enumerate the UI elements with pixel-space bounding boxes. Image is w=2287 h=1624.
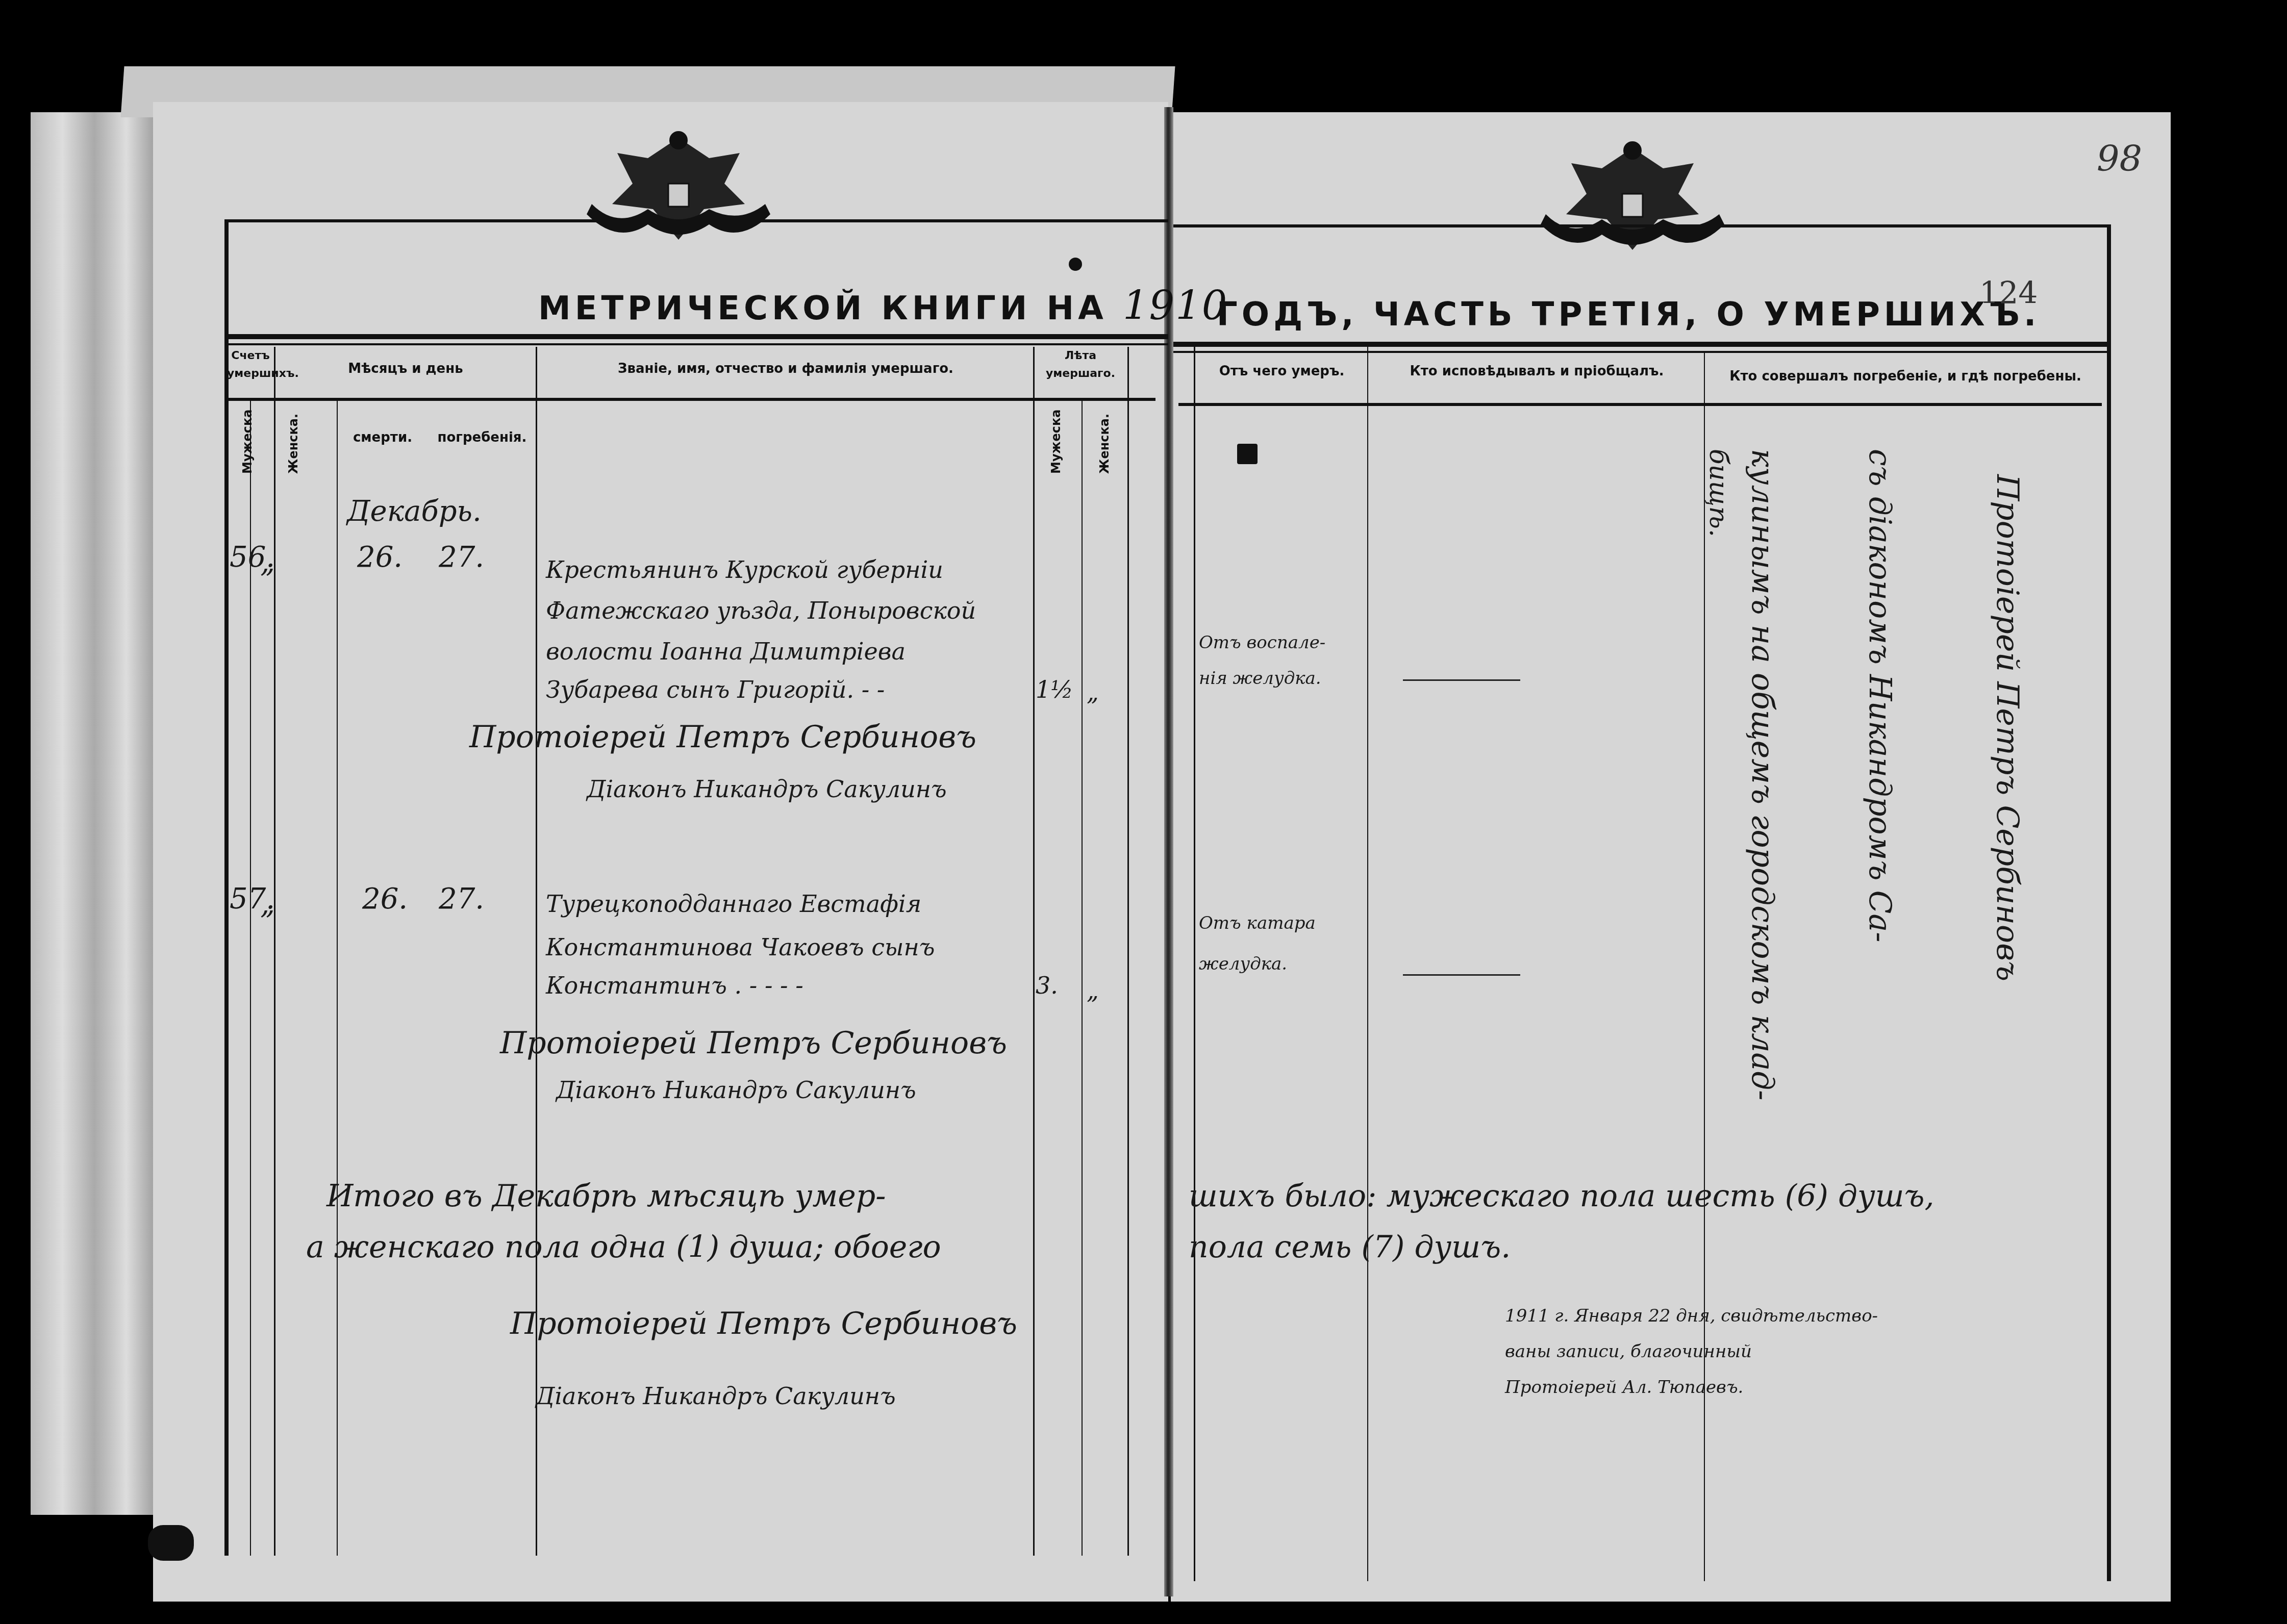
- burial-note-line: кулинымъ на общемъ городскомъ клад-: [1745, 449, 1780, 1101]
- entry-1-name-line: Фатежскаго уѣзда, Поныровской: [546, 597, 976, 624]
- col-line: [274, 347, 275, 1556]
- folio-number: 98: [2097, 138, 2142, 180]
- header-count-female: Женска.: [286, 408, 300, 474]
- frame-left: [224, 219, 229, 1556]
- entry-1-cause-line: Отъ воспале-: [1199, 632, 1325, 653]
- audit-note-line: ваны записи, благочинный: [1505, 1341, 1752, 1362]
- entry-1-name-line: волости Іоанна Димитріева: [546, 638, 906, 665]
- header-age: Лѣта умершаго.: [1035, 347, 1126, 383]
- audit-note-line: 1911 г. Января 22 дня, свидѣтельство-: [1505, 1306, 1878, 1326]
- binding-clip: [148, 1525, 194, 1561]
- col-line: [1127, 347, 1129, 1556]
- col-line: [536, 347, 537, 1556]
- header-rule-right: [1178, 403, 2102, 406]
- col-line: [1194, 347, 1195, 1581]
- entry-2-age-female: „: [1087, 977, 1099, 1004]
- entry-2-death-day: 26.: [362, 882, 408, 916]
- header-cause: Отъ чего умеръ.: [1196, 360, 1367, 384]
- binding-hole: [1069, 258, 1082, 271]
- entry-2-age-male: 3.: [1036, 972, 1058, 999]
- header-age-female: Женска.: [1097, 408, 1112, 474]
- entry-1-age-male: 1½: [1036, 676, 1073, 703]
- title-double-rule-left: [227, 334, 1168, 339]
- header-death: смерти.: [337, 426, 429, 450]
- entry-1-confessor-dash: [1403, 679, 1520, 681]
- entry-2-burial-day: 27.: [439, 882, 484, 916]
- summary-left-line: а женскаго пола одна (1) душа; обоего: [306, 1229, 941, 1265]
- entry-1-death-day: 26.: [357, 541, 403, 574]
- ink-blot: [1237, 444, 1258, 464]
- page-number: 124: [1979, 275, 2038, 311]
- audit-note-line: Протоіерей Ал. Тюпаевъ.: [1505, 1377, 1743, 1398]
- title-right: ГОДЪ, ЧАСТЬ ТРЕТІЯ, О УМЕРШИХЪ.: [1217, 296, 2040, 334]
- col-line: [337, 398, 338, 1556]
- header-age-male: Мужеска: [1049, 408, 1063, 474]
- header-count-deceased: Счетъ умершихъ.: [227, 347, 274, 383]
- entry-2-number-female: „: [260, 887, 275, 921]
- frame-right: [2107, 224, 2111, 1581]
- month-label: Декабрь.: [347, 495, 482, 528]
- entry-1-age-female: „: [1087, 678, 1099, 706]
- title-double-rule-left-2: [227, 343, 1168, 345]
- summary-left-line: Итого въ Декабрѣ мѣсяцѣ умер-: [326, 1178, 886, 1214]
- book-spine: [1164, 107, 1173, 1596]
- entry-2-cause-line: желудка.: [1199, 954, 1287, 974]
- burial-note-line: Протоіерей Петръ Сербиновъ: [1990, 474, 2025, 981]
- header-rule-left: [227, 398, 1155, 401]
- imperial-eagle-emblem-left: [582, 128, 775, 250]
- header-confessor: Кто исповѣдывалъ и пріобщалъ.: [1370, 360, 1704, 384]
- entry-2-cause-line: Отъ катара: [1199, 913, 1316, 933]
- title-double-rule-right-2: [1173, 351, 2107, 353]
- entry-1-number-female: „: [260, 546, 275, 579]
- entry-2-name-line: Турецкоподданнаго Евстафія: [546, 890, 921, 918]
- summary-signature-deacon: Діаконъ Никандръ Сакулинъ: [536, 1382, 896, 1410]
- entry-2-name-line: Константинъ . - - - -: [546, 972, 803, 999]
- title-left: МЕТРИЧЕСКОЙ КНИГИ НА 1910: [538, 283, 1228, 329]
- burial-note-line: съ діакономъ Никандромъ Са-: [1862, 449, 1898, 942]
- entry-2-signature-priest: Протоіерей Петръ Сербиновъ: [500, 1025, 1007, 1061]
- entry-1-name-line: Крестьянинъ Курской губерніи: [546, 556, 943, 583]
- entry-1-burial-day: 27.: [439, 541, 484, 574]
- title-double-rule-right: [1173, 342, 2107, 347]
- col-line: [1033, 347, 1035, 1556]
- summary-signature-priest: Протоіерей Петръ Сербиновъ: [510, 1306, 1017, 1341]
- header-count-male: Мужеска: [240, 408, 255, 474]
- summary-right-line: шихъ было: мужескаго пола шесть (6) душъ…: [1189, 1178, 1934, 1214]
- entry-1-cause-line: нія желудка.: [1199, 668, 1321, 689]
- col-line: [1367, 347, 1368, 1581]
- frame-top-right: [1173, 224, 2107, 227]
- header-burial: погребенія.: [429, 426, 536, 450]
- imperial-eagle-emblem-right: [1536, 138, 1729, 260]
- header-month-day: Мѣсяцъ и день: [275, 357, 536, 381]
- page-stack-edge: [31, 112, 158, 1515]
- header-burial-by: Кто совершалъ погребеніе, и гдѣ погребен…: [1706, 365, 2104, 389]
- entry-1-name-line: Зубарева сынъ Григорій. - -: [546, 676, 885, 703]
- frame-top-left: [224, 219, 1168, 222]
- entry-1-signature-deacon: Діаконъ Никандръ Сакулинъ: [587, 775, 947, 803]
- entry-2-signature-deacon: Діаконъ Никандръ Сакулинъ: [556, 1076, 916, 1104]
- header-name: Званіе, имя, отчество и фамилія умершаго…: [538, 357, 1033, 381]
- burial-note-line: бищѣ.: [1704, 449, 1733, 537]
- col-line: [1082, 398, 1083, 1556]
- summary-right-line: пола семь (7) душъ.: [1189, 1229, 1511, 1265]
- year-value: 1910: [1123, 283, 1228, 329]
- entry-1-signature-priest: Протоіерей Петръ Сербиновъ: [469, 719, 976, 755]
- entry-2-name-line: Константинова Чакоевъ сынъ: [546, 933, 935, 961]
- entry-2-confessor-dash: [1403, 974, 1520, 976]
